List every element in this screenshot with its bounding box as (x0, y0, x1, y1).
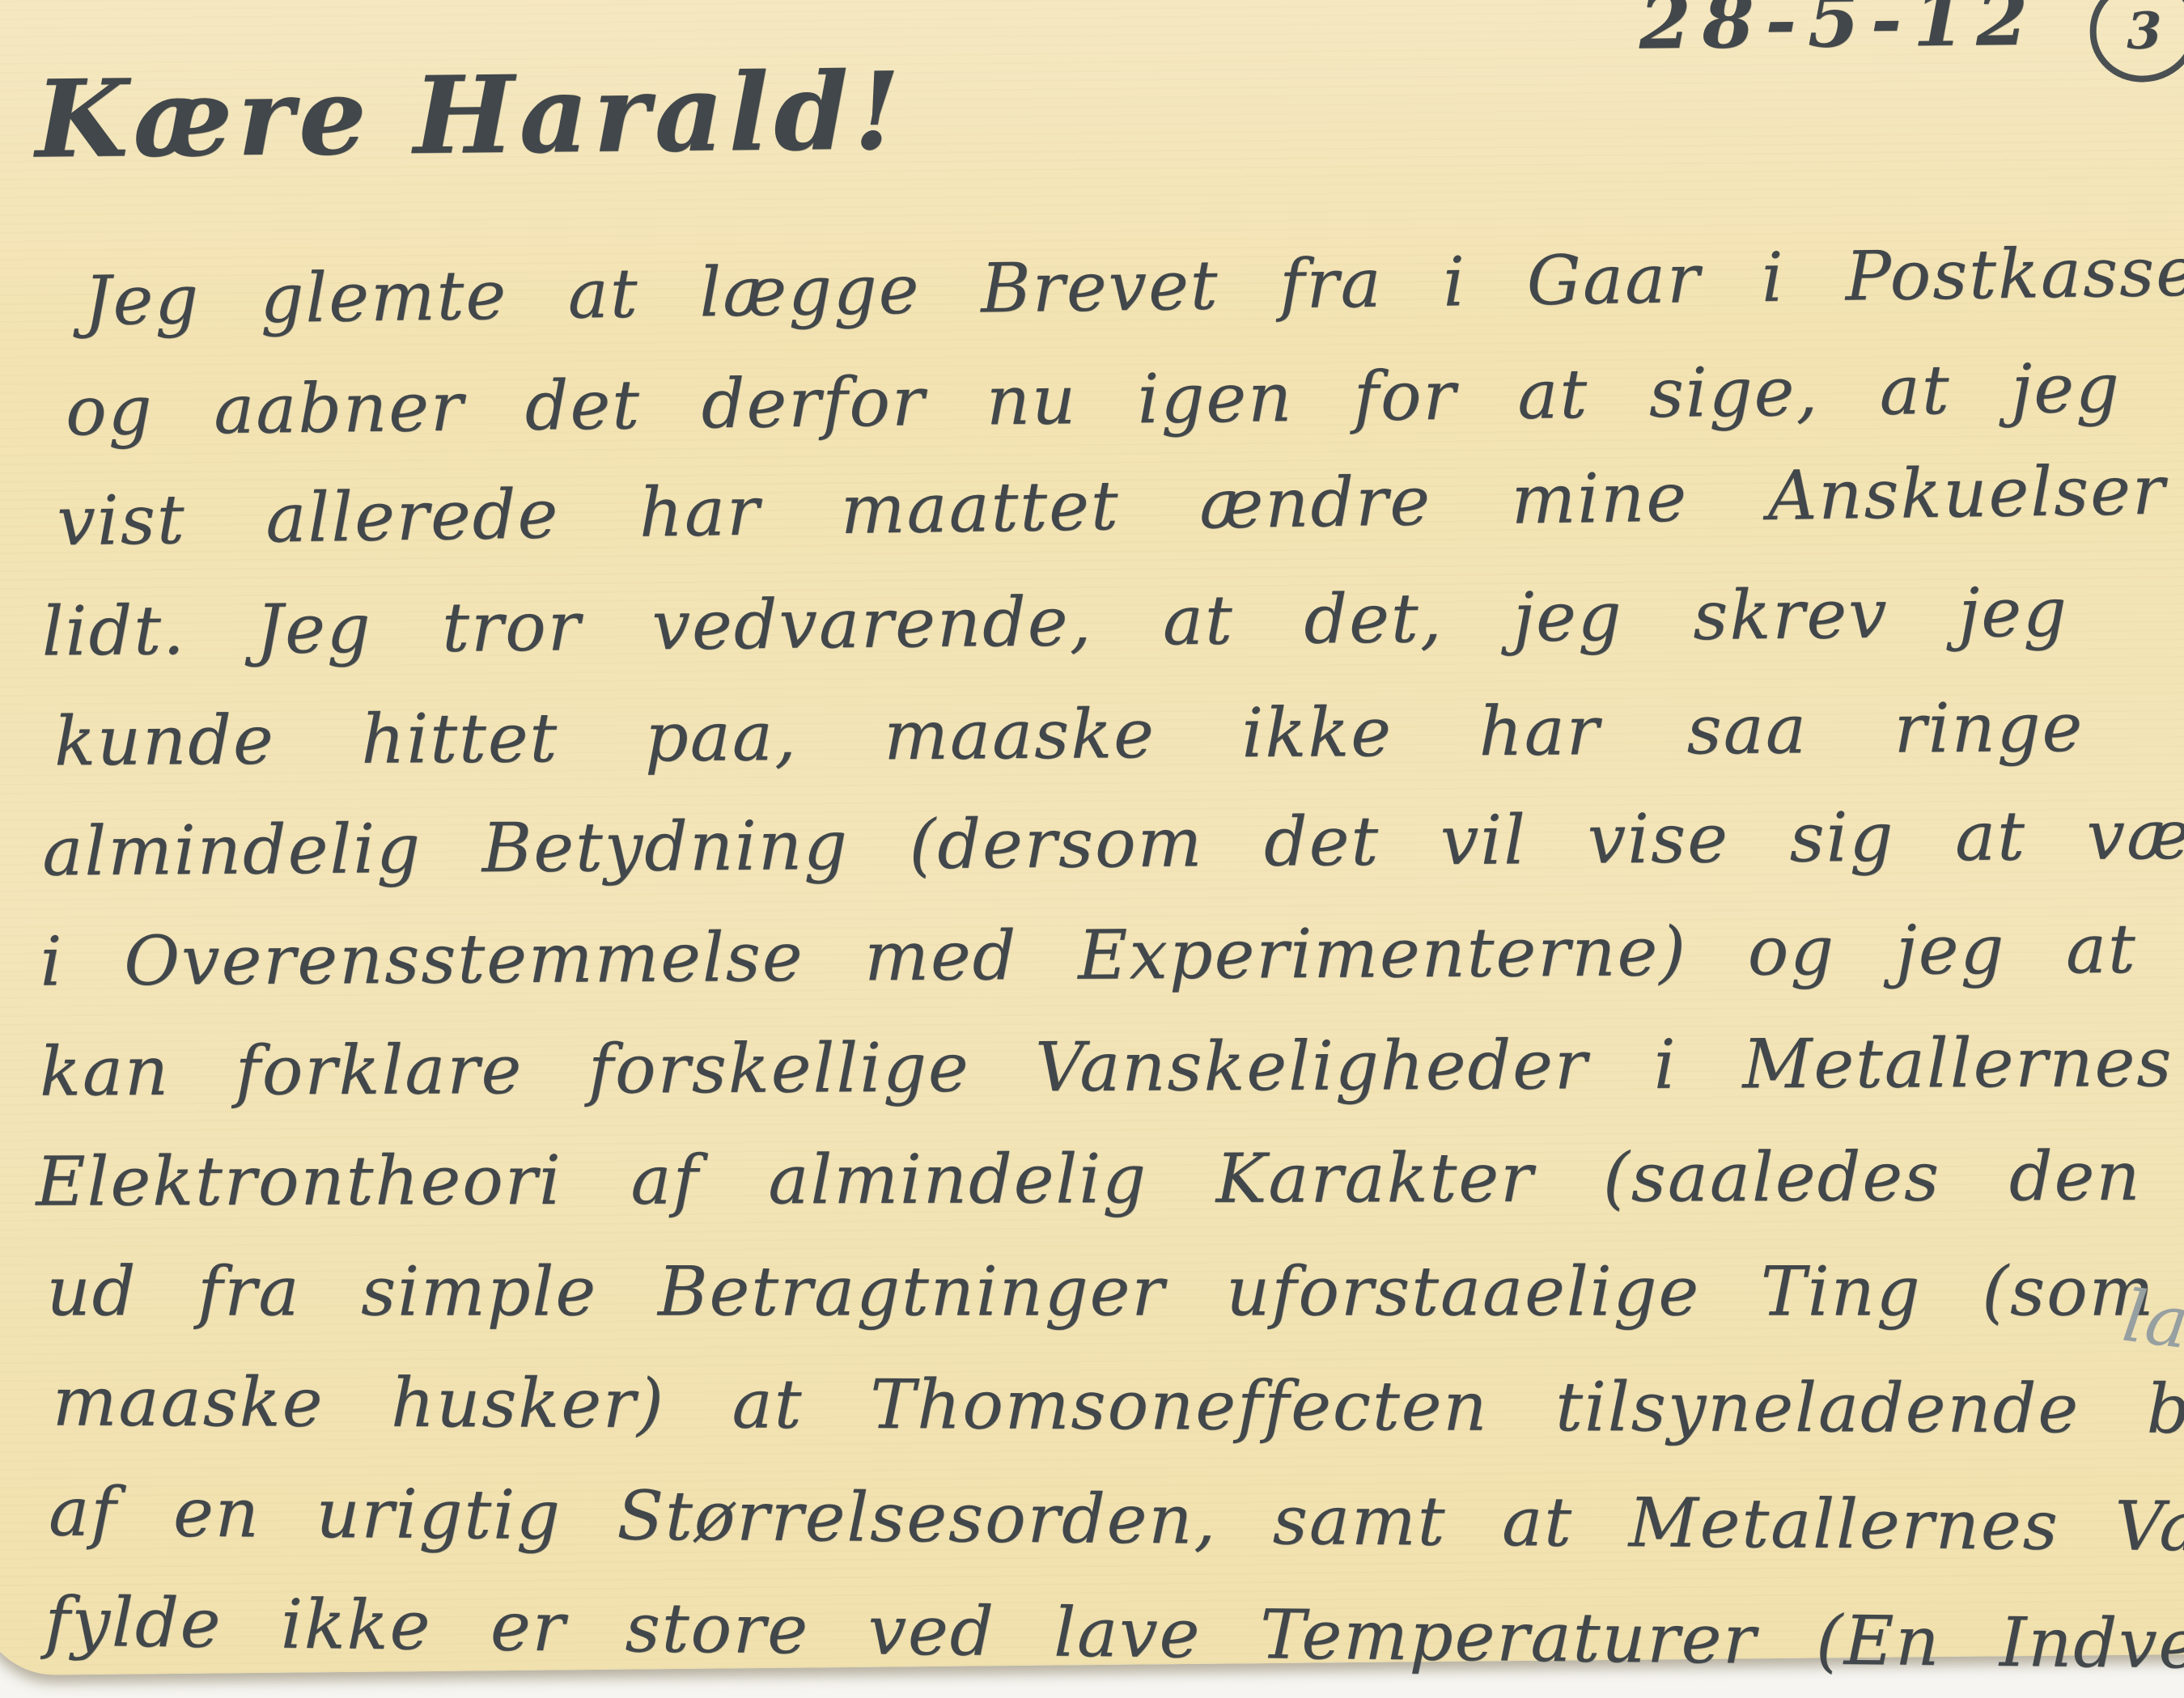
page-number-badge: 3 (2089, 0, 2184, 83)
letter-scan: 28-5-12 3 Kære Harald! Jeg glemte at læg… (0, 0, 2184, 1698)
letter-body: Jeg glemte at lægge Brevet fra i Gaar i … (25, 226, 2175, 1676)
handwritten-line: af en urigtig Størrelsesorden, samt at M… (49, 1457, 2174, 1582)
handwritten-line: lidt. Jeg tror vedvarende, at det, jeg s… (41, 556, 2165, 686)
letter-content: 28-5-12 3 Kære Harald! Jeg glemte at læg… (0, 0, 2184, 1675)
paper-sheet: 28-5-12 3 Kære Harald! Jeg glemte at læg… (0, 0, 2184, 1675)
handwritten-line: kunde hittet paa, maaske ikke har saa ri… (54, 671, 2167, 796)
page-number: 3 (2127, 1, 2162, 60)
margin-mark: la (2118, 1274, 2184, 1366)
greeting: Kære Harald! (35, 49, 905, 182)
handwritten-line: maaske husker) at Thomsoneffecten tilsyn… (53, 1346, 2173, 1463)
handwritten-line: ud fra simple Betragtninger uforstaaelig… (47, 1237, 2172, 1347)
handwritten-line: kan forklare forskellige Vanskeligheder … (40, 1007, 2170, 1126)
handwritten-line: almindelig Betydning (dersom det vil vis… (42, 780, 2168, 907)
date-annotation: 28-5-12 (1639, 0, 2039, 66)
handwritten-line: i Overensstemmelse med Experimenterne) o… (40, 894, 2169, 1017)
handwritten-line: fylde ikke er store ved lave Temperature… (45, 1567, 2175, 1698)
handwritten-line: Elektrontheori af almindelig Karakter (s… (36, 1121, 2170, 1237)
